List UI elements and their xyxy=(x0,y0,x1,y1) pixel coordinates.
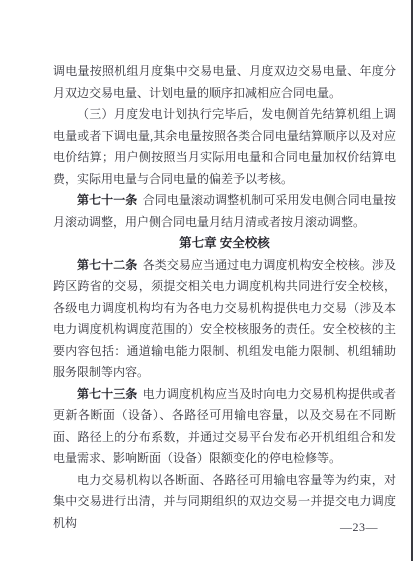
page-number: —23— xyxy=(340,520,378,535)
article-number-72: 第七十二条 xyxy=(77,258,137,272)
article-paragraph-73: 第七十三条电力调度机构应当及时向电力交易机构提供或者更新各断面（设备）、各路径可… xyxy=(53,384,396,470)
article-paragraph-71: 第七十一条合同电量滚动调整机制可采用发电侧合同电量按月滚动调整，用户侧合同电量月… xyxy=(53,190,396,233)
document-page: 调电量按照机组月度集中交易电量、月度双边交易电量、年度分月双边交易电量、计划电量… xyxy=(0,0,417,561)
body-paragraph-continuation: 调电量按照机组月度集中交易电量、月度双边交易电量、年度分月双边交易电量、计划电量… xyxy=(53,61,396,104)
article-paragraph-72: 第七十二条各类交易应当通过电力调度机构安全校核。涉及跨区跨省的交易，须提交相关电… xyxy=(53,255,396,384)
body-paragraph-item-three: （三）月度发电计划执行完毕后，发电侧首先结算机组上调电量或者下调电量,其余电量按… xyxy=(53,104,396,190)
article-number-73: 第七十三条 xyxy=(77,387,137,401)
page-right-border xyxy=(411,0,413,561)
chapter-heading: 第七章 安全校核 xyxy=(53,233,396,255)
article-text-72: 各类交易应当通过电力调度机构安全校核。涉及跨区跨省的交易，须提交相关电力调度机构… xyxy=(53,258,396,380)
article-number-71: 第七十一条 xyxy=(77,193,137,207)
document-text-block: 调电量按照机组月度集中交易电量、月度双边交易电量、年度分月双边交易电量、计划电量… xyxy=(53,61,396,534)
